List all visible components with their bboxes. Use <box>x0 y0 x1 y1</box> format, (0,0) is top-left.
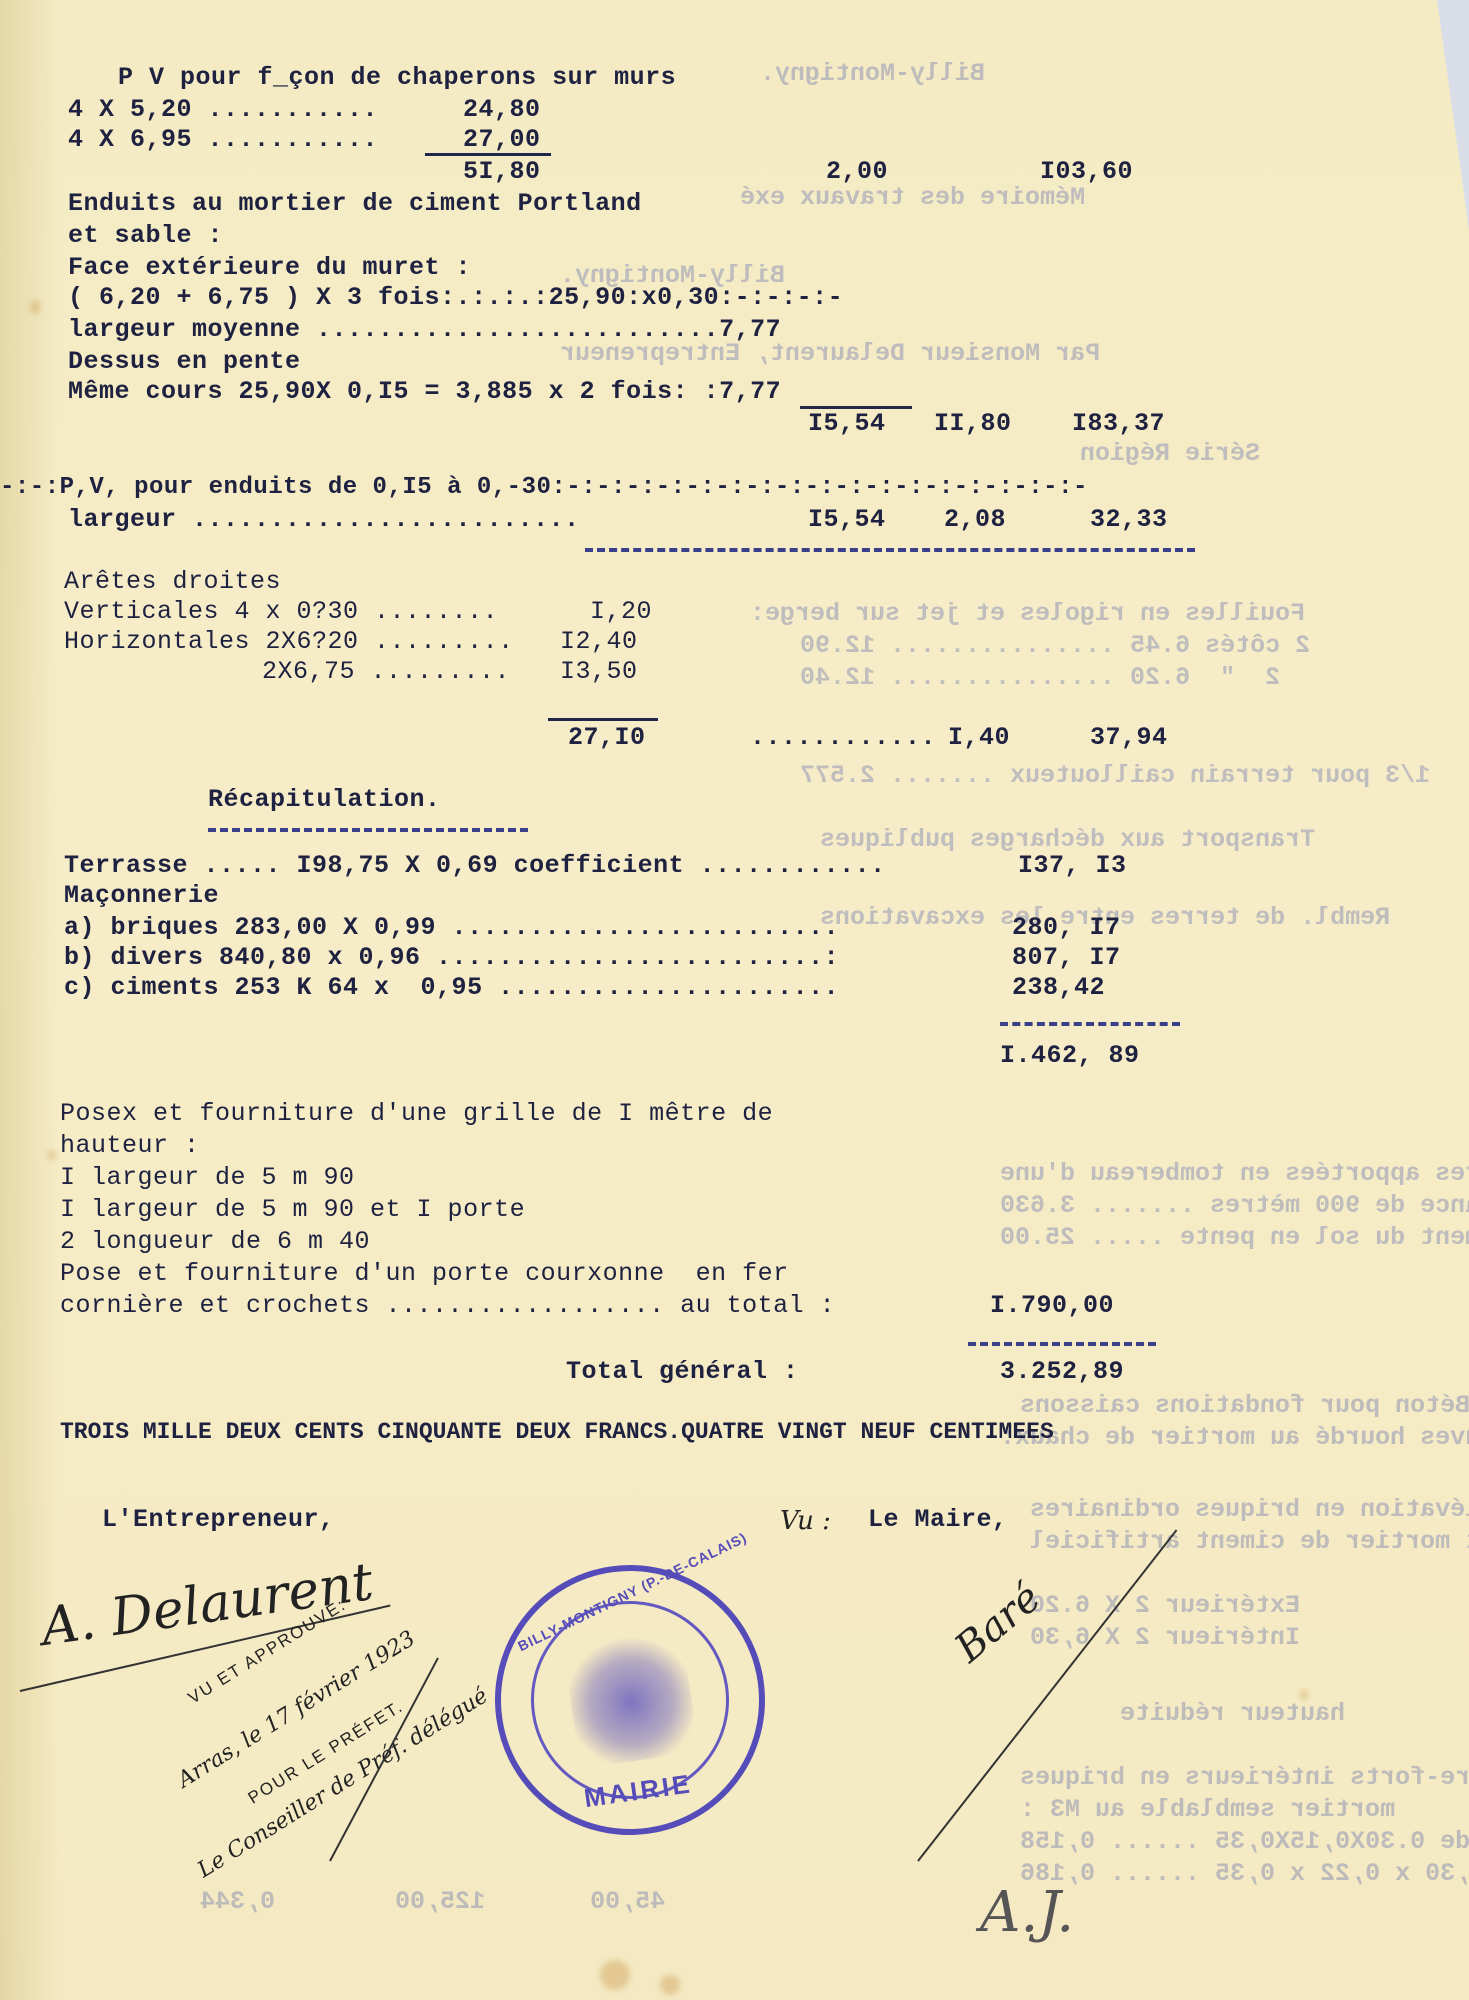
recap-maconnerie-label: Maçonnerie <box>64 882 219 910</box>
recap-title: Récapitulation. <box>208 786 441 814</box>
chaperons-row-label: 4 X 6,95 ........... <box>68 126 378 154</box>
grille-line: hauteur : <box>60 1132 200 1160</box>
grille-total: I.790,00 <box>990 1292 1114 1320</box>
separator <box>585 548 1195 552</box>
recap-row: c) ciments 253 K 64 x 0,95 .............… <box>64 974 839 1002</box>
enduits-title-2: et sable : <box>68 222 223 250</box>
recap-terrasse: Terrasse ..... I98,75 X 0,69 coefficient… <box>64 852 886 880</box>
enduits-meme: Même cours 25,90X 0,I5 = 3,885 x 2 fois:… <box>68 378 781 406</box>
maire-label: Le Maire, <box>868 1506 1008 1534</box>
aretes-row-label: 2X6,75 ......... <box>262 658 510 686</box>
grille-line: I largeur de 5 m 90 et I porte <box>60 1196 525 1224</box>
aretes-unit-price: I,40 <box>948 724 1010 752</box>
separator <box>968 1342 1156 1346</box>
enduits-title: Enduits au mortier de ciment Portland <box>68 190 642 218</box>
grand-total-value: 3.252,89 <box>1000 1358 1124 1386</box>
recap-terrasse-value: I37, I3 <box>1018 852 1127 880</box>
enduits-calc: ( 6,20 + 6,75 ) X 3 fois:.:.:.:25,90:x0,… <box>68 284 843 312</box>
recap-subtotal: I.462, 89 <box>1000 1042 1140 1070</box>
chaperons-title: P V pour f_çon de chaperons sur murs <box>118 64 676 92</box>
amount-in-words: TROIS MILLE DEUX CENTS CINQUANTE DEUX FR… <box>60 1418 1054 1446</box>
recap-row-value: 807, I7 <box>1012 944 1121 972</box>
recap-row: b) divers 840,80 x 0,96 ................… <box>64 944 839 972</box>
recap-row-value: 238,42 <box>1012 974 1105 1002</box>
grille-line: Pose et fourniture d'un porte courxonne … <box>60 1260 789 1288</box>
aretes-amount: 37,94 <box>1090 724 1168 752</box>
document-page: Billy-Montigny. Mémoire des travaux exé … <box>0 0 1469 2000</box>
grille-line: Posex et fourniture d'une grille de I mê… <box>60 1100 773 1128</box>
separator <box>1000 1022 1180 1026</box>
pv-enduits-label: largeur ......................... <box>68 506 580 534</box>
stamp-emblem-icon <box>562 1623 699 1768</box>
grille-line: cornière et crochets .................. … <box>60 1292 835 1320</box>
aretes-row-value: I3,50 <box>560 658 638 686</box>
entrepreneur-label: L'Entrepreneur, <box>102 1506 335 1534</box>
grille-line: 2 longueur de 6 m 40 <box>60 1228 370 1256</box>
aretes-row-value: I,20 <box>590 598 652 626</box>
chaperons-row-value: 27,00 <box>463 126 541 154</box>
approval-by: Le Conseiller de Préf. délégué <box>193 1683 492 1883</box>
chaperons-amount: I03,60 <box>1040 158 1133 186</box>
grand-total-label: Total général : <box>566 1358 799 1386</box>
enduits-subtotal: I5,54 <box>808 410 886 438</box>
chaperons-subtotal: 5I,80 <box>463 158 541 186</box>
enduits-largeur: largeur moyenne ........................… <box>68 316 781 344</box>
grille-line: I largeur de 5 m 90 <box>60 1164 355 1192</box>
aretes-dots: ............ <box>750 724 936 752</box>
pv-enduits-title: -:-:P,V, pour enduits de 0,I5 à 0,-30:-:… <box>0 474 1088 502</box>
chaperons-row-value: 24,80 <box>463 96 541 124</box>
mairie-stamp: BILLY-MONTIGNY (P.-DE-CALAIS) MAIRIE <box>478 1548 783 1853</box>
enduits-unit-price: II,80 <box>934 410 1012 438</box>
underline <box>548 718 658 721</box>
chaperons-unit-price: 2,00 <box>826 158 888 186</box>
enduits-dessus: Dessus en pente <box>68 348 301 376</box>
aretes-title: Arêtes droites <box>64 568 281 596</box>
bottom-initials: A.J. <box>980 1880 1074 1945</box>
enduits-face: Face extérieure du muret : <box>68 254 471 282</box>
pv-enduits-unit-price: 2,08 <box>944 506 1006 534</box>
aretes-row-label: Horizontales 2X6?20 ......... <box>64 628 514 656</box>
aretes-subtotal: 27,I0 <box>568 724 646 752</box>
maire-prefix: Vu : <box>780 1506 831 1536</box>
aretes-row-label: Verticales 4 x 0?30 ........ <box>64 598 498 626</box>
aretes-row-value: I2,40 <box>560 628 638 656</box>
chaperons-row-label: 4 X 5,20 ........... <box>68 96 378 124</box>
pv-enduits-qty: I5,54 <box>808 506 886 534</box>
recap-row-value: 280, I7 <box>1012 914 1121 942</box>
underline <box>425 153 551 156</box>
separator <box>208 828 528 832</box>
enduits-amount: I83,37 <box>1072 410 1165 438</box>
recap-row: a) briques 283,00 X 0,99 ...............… <box>64 914 839 942</box>
pv-enduits-amount: 32,33 <box>1090 506 1168 534</box>
